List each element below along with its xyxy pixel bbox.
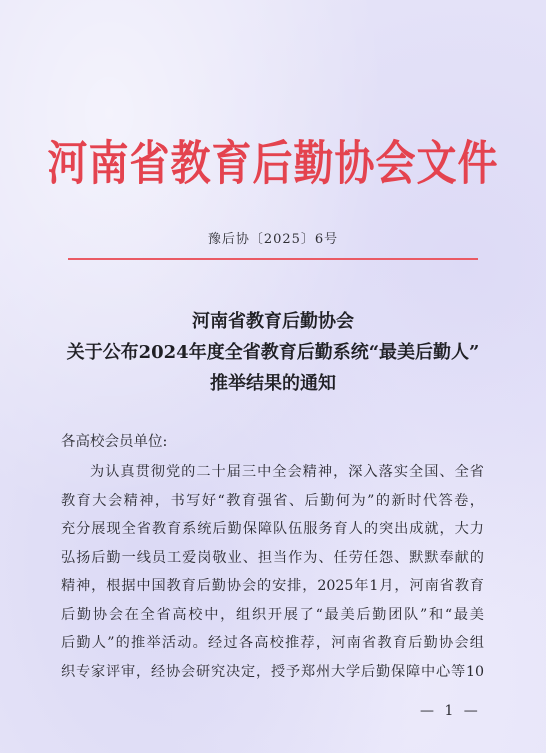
body-line: 教育大会精神，书写好“教育强省、后勤何为”的新时代答卷， — [61, 487, 484, 516]
body-paragraph: 为认真贯彻党的二十届三中全会精神，深入落实全国、全省 教育大会精神，书写好“教育… — [61, 458, 484, 686]
body-line: 后勤协会在全省高校中，组织开展了“最美后勤团队”和“最美 — [61, 601, 484, 630]
document-page: 河南省教育后勤协会文件 豫后协〔2025〕6号 河南省教育后勤协会 关于公布20… — [0, 0, 546, 753]
notice-title-line-3: 推举结果的通知 — [0, 368, 546, 399]
notice-title-line-1: 河南省教育后勤协会 — [0, 306, 546, 337]
body-line: 充分展现全省教育系统后勤保障队伍服务育人的突出成就，大力 — [61, 515, 484, 544]
red-divider-line — [68, 258, 478, 260]
document-number: 豫后协〔2025〕6号 — [0, 228, 546, 247]
body-line: 为认真贯彻党的二十届三中全会精神，深入落实全国、全省 — [61, 458, 484, 487]
body-line: 后勤人”的推举活动。经过各高校推荐，河南省教育后勤协会组 — [61, 629, 484, 658]
body-line: 织专家评审，经协会研究决定，授予郑州大学后勤保障中心等10 — [61, 658, 484, 687]
body-line: 精神，根据中国教育后勤协会的安排，2025年1月，河南省教育 — [61, 572, 484, 601]
document-header-title: 河南省教育后勤协会文件 — [0, 136, 546, 193]
salutation: 各高校会员单位: — [61, 430, 167, 451]
notice-title: 河南省教育后勤协会 关于公布2024年度全省教育后勤系统“最美后勤人” 推举结果… — [0, 306, 546, 399]
body-line: 弘扬后勤一线员工爱岗敬业、担当作为、任劳任怨、默默奉献的 — [61, 544, 484, 573]
notice-title-line-2: 关于公布2024年度全省教育后勤系统“最美后勤人” — [0, 337, 546, 368]
page-number: — 1 — — [420, 703, 481, 719]
